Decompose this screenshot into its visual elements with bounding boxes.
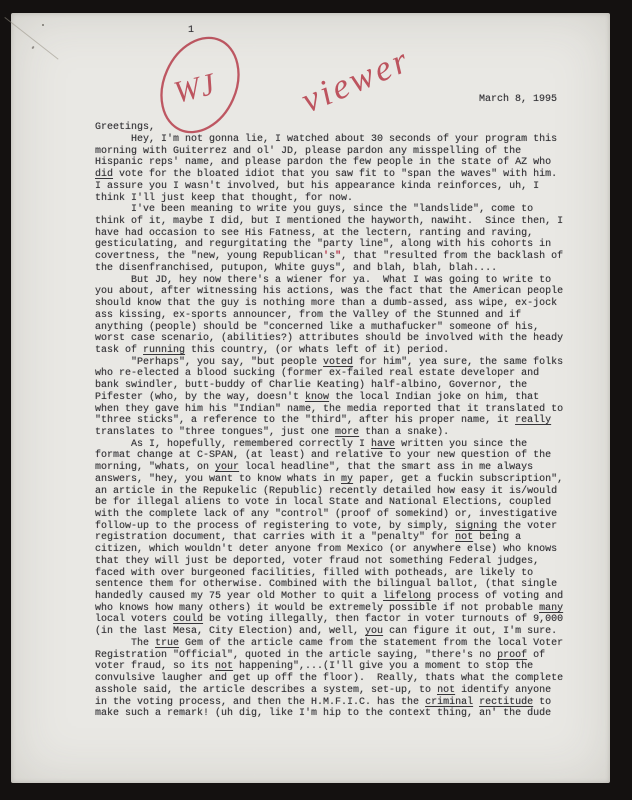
letter-line: ass kissing, ex-sports announcer, from t… (95, 310, 563, 322)
letter-line: the disenfranchised, putupon, White guys… (95, 263, 563, 275)
letter-line: As I, hopefully, remembered correctly I … (95, 439, 563, 451)
letter-line: faced with over burgeoned facilities, fi… (95, 568, 563, 580)
letter-line: should know that the guy is nothing more… (95, 298, 563, 310)
letter-line: The true Gem of the article came from th… (95, 638, 563, 650)
letter-line: translates to "three tongues", just one … (95, 427, 563, 439)
dust-speck (31, 46, 34, 50)
letter-line: I've been meaning to write you guys, sin… (95, 204, 563, 216)
letter-line: who re-elected a blood sucking (former e… (95, 368, 563, 380)
page-number: 1 (188, 25, 194, 37)
letter-line: follow-up to the process of registering … (95, 521, 563, 533)
dust-speck (42, 24, 44, 26)
letter-line: think I'll just keep that thought, for n… (95, 193, 563, 205)
letter-line: local voters could be voting illegally, … (95, 614, 563, 626)
letter-line: asshole said, the article describes a sy… (95, 685, 563, 697)
letter-line: convulsive laugher and get up off the fl… (95, 673, 563, 685)
letter-line: have had occasion to see His Fatness, at… (95, 228, 563, 240)
letter-line: that they will just be deported, voter f… (95, 556, 563, 568)
letter-line: Registration "Official", quoted in the a… (95, 650, 563, 662)
paper-crease (4, 17, 58, 60)
letter-line: when they gave him his "Indian" name, th… (95, 404, 563, 416)
letter-line: answers, "hey, you want to know whats in… (95, 474, 563, 486)
handwritten-viewer-annotation: viewer (295, 39, 416, 120)
letter-line: make such a remark! (uh dig, like I'm hi… (95, 708, 563, 720)
letter-line: sentence them for otherwise. Combined wi… (95, 579, 563, 591)
letter-line: anything (people) should be "concerned l… (95, 322, 563, 334)
letter-line: format change at C-SPAN, (at least) and … (95, 450, 563, 462)
letter-line: voter fraud, so its not happening",...(I… (95, 661, 563, 673)
letter-line: covertness, the "new, young Republican's… (95, 251, 563, 263)
letter-line: bank swindler, butt-buddy of Charlie Kea… (95, 380, 563, 392)
letter-line: (in the last Mesa, City Election) and, w… (95, 626, 563, 638)
letter-line: with the complete lack of any "control" … (95, 509, 563, 521)
letter-line: an article in the Repukelic (Republic) r… (95, 486, 563, 498)
letter-line: morning with Guiterrez and ol' JD, pleas… (95, 146, 563, 158)
letter-line: Hispanic reps' name, and please pardon t… (95, 157, 563, 169)
letter-line: morning, "whats, on your local headline"… (95, 462, 563, 474)
letter-line: "Perhaps", you say, "but people voted fo… (95, 357, 563, 369)
letter-line: worst case scenario, (abilities?) attrib… (95, 333, 563, 345)
letter-line: handedly caused my 75 year old Mother to… (95, 591, 563, 603)
letter-line: But JD, hey now there's a wiener for ya.… (95, 275, 563, 287)
letter-body: Hey, I'm not gonna lie, I watched about … (95, 134, 563, 720)
letter-page: 1 March 8, 1995 Greetings, Hey, I'm not … (11, 13, 610, 783)
letter-line: citizen, which wouldn't deter anyone fro… (95, 544, 563, 556)
red-circle-annotation (147, 26, 253, 145)
letter-line: registration document, that carries with… (95, 532, 563, 544)
letter-line: think of it, maybe I did, but I mentione… (95, 216, 563, 228)
letter-line: Pifester (who, by the way, doesn't know … (95, 392, 563, 404)
letter-line: you about, after witnessing his actions,… (95, 286, 563, 298)
letter-line: gesticulating, and regurgitating the "pa… (95, 239, 563, 251)
salutation: Greetings, (95, 122, 155, 134)
circled-initials-annotation: WJ (170, 66, 219, 110)
letter-line: task of running this country, (or whats … (95, 345, 563, 357)
letter-line: "three sticks", a reference to the "thir… (95, 415, 563, 427)
letter-line: be for illegal aliens to vote in local S… (95, 497, 563, 509)
letter-date: March 8, 1995 (479, 94, 557, 106)
letter-line: in the voting process, and then the H.M.… (95, 697, 563, 709)
letter-line: I assure you I wasn't involved, but his … (95, 181, 563, 193)
scan-background: { "scan": { "background_color": "#141110… (0, 0, 632, 800)
letter-line: Hey, I'm not gonna lie, I watched about … (95, 134, 563, 146)
letter-line: who knows how many others) it would be e… (95, 603, 563, 615)
letter-line: did vote for the bloated idiot that you … (95, 169, 563, 181)
